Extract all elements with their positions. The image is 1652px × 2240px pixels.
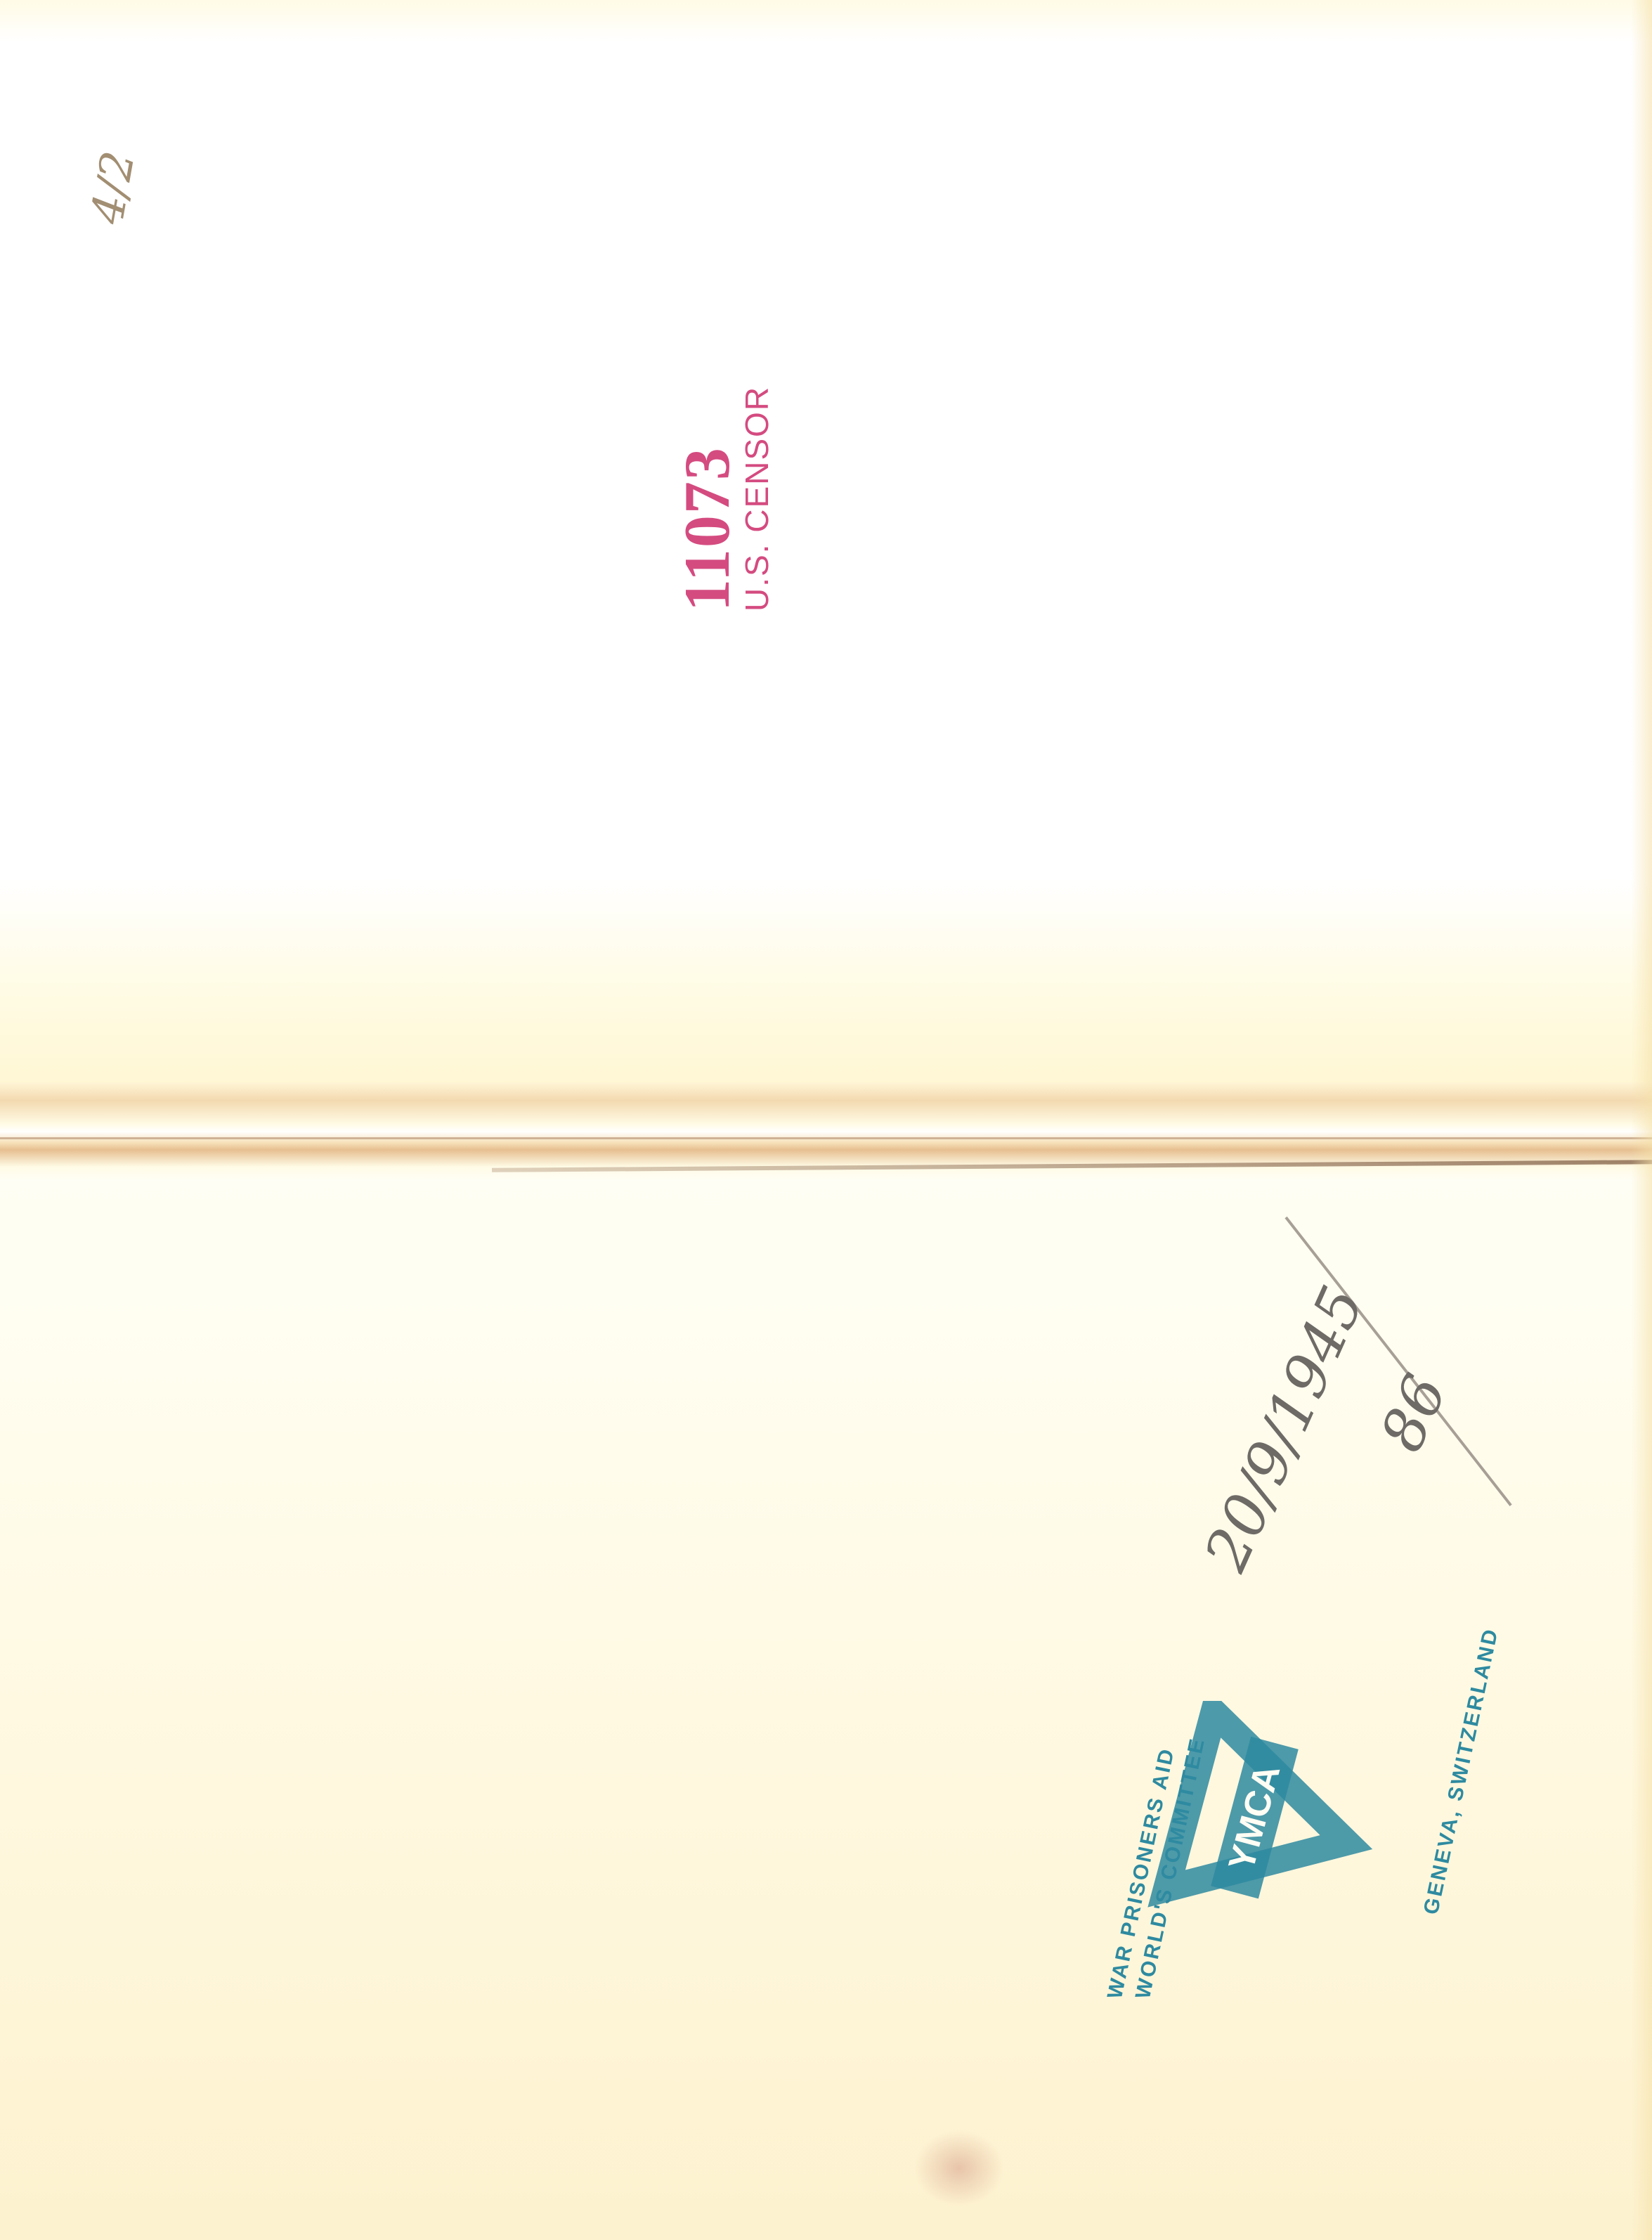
paper-stain	[913, 2130, 1005, 2207]
censor-label: U.S. CENSOR	[739, 373, 774, 611]
ymca-stamp: WAR PRISONERS AID WORLD'S COMMITTEE YMCA…	[1082, 1603, 1476, 1996]
censor-number: 11073	[675, 373, 739, 611]
paper-edge	[1631, 0, 1652, 2240]
ymca-triangle-logo-icon: YMCA	[1145, 1701, 1384, 1940]
us-censor-stamp: 11073 U.S. CENSOR	[675, 373, 773, 611]
upper-page-panel	[0, 0, 1652, 1096]
fold-crease-line	[0, 1137, 1652, 1139]
